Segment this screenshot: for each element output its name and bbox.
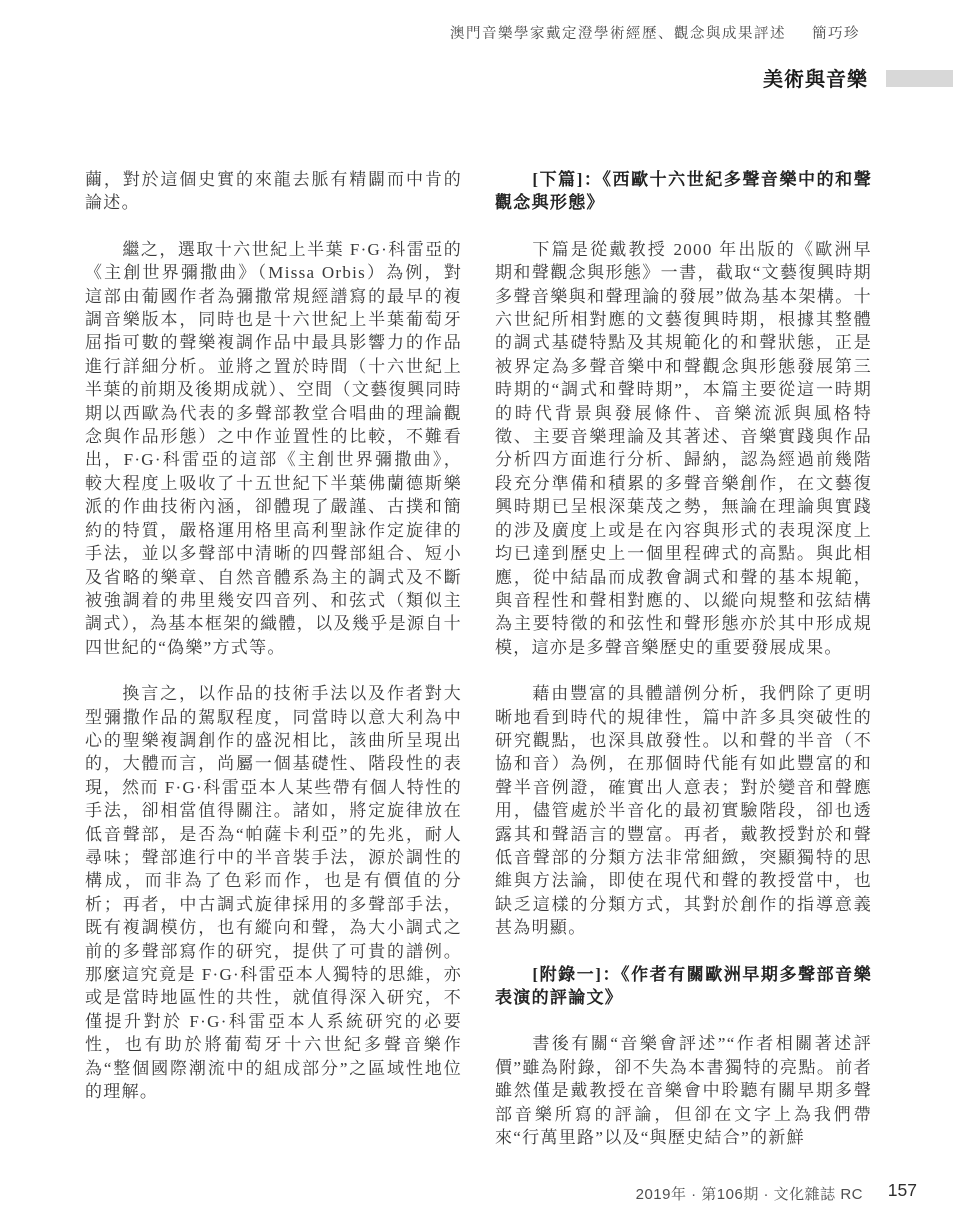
- paragraph: 下篇是從戴教授 2000 年出版的《歐洲早期和聲觀念與形態》一書，截取“文藝復興…: [495, 238, 872, 659]
- right-column: [下篇]：《西歐十六世紀多聲音樂中的和聲觀念與形態》 下篇是從戴教授 2000 …: [495, 168, 872, 1172]
- subsection-heading: [下篇]：《西歐十六世紀多聲音樂中的和聲觀念與形態》: [495, 168, 872, 215]
- article-body: 繭，對於這個史實的來龍去脈有精闢而中肯的論述。 繼之，選取十六世紀上半葉 F·G…: [85, 168, 872, 1172]
- section-title-bar: [886, 70, 953, 87]
- running-header-title: 澳門音樂學家戴定澄學術經歷、觀念與成果評述: [450, 26, 786, 42]
- journal-page: 澳門音樂學家戴定澄學術經歷、觀念與成果評述簡巧珍 美術與音樂 繭，對於這個史實的…: [0, 0, 955, 1223]
- footer-page-number: 157: [888, 1180, 917, 1201]
- paragraph: 藉由豐富的具體譜例分析，我們除了更明晰地看到時代的規律性，篇中許多具突破性的研究…: [495, 682, 872, 939]
- paragraph: 換言之，以作品的技術手法以及作者對大型彌撒作品的駕馭程度，同當時以意大利為中心的…: [85, 682, 462, 1103]
- paragraph: 繭，對於這個史實的來龍去脈有精闢而中肯的論述。: [85, 168, 462, 215]
- section-title: 美術與音樂: [763, 63, 868, 92]
- subsection-heading: [附錄一]：《作者有關歐洲早期多聲部音樂表演的評論文》: [495, 963, 872, 1010]
- footer-journal-line: 2019年 · 第106期 · 文化雜誌 RC: [636, 1183, 863, 1204]
- left-column: 繭，對於這個史實的來龍去脈有精闢而中肯的論述。 繼之，選取十六世紀上半葉 F·G…: [85, 168, 462, 1172]
- running-header-author: 簡巧珍: [812, 26, 860, 42]
- paragraph: 書後有關“音樂會評述”“作者相關著述評價”雖為附錄，卻不失為本書獨特的亮點。前者…: [495, 1032, 872, 1149]
- running-header: 澳門音樂學家戴定澄學術經歷、觀念與成果評述簡巧珍: [450, 22, 860, 43]
- paragraph: 繼之，選取十六世紀上半葉 F·G·科雷亞的《主創世界彌撒曲》（Missa Orb…: [85, 238, 462, 659]
